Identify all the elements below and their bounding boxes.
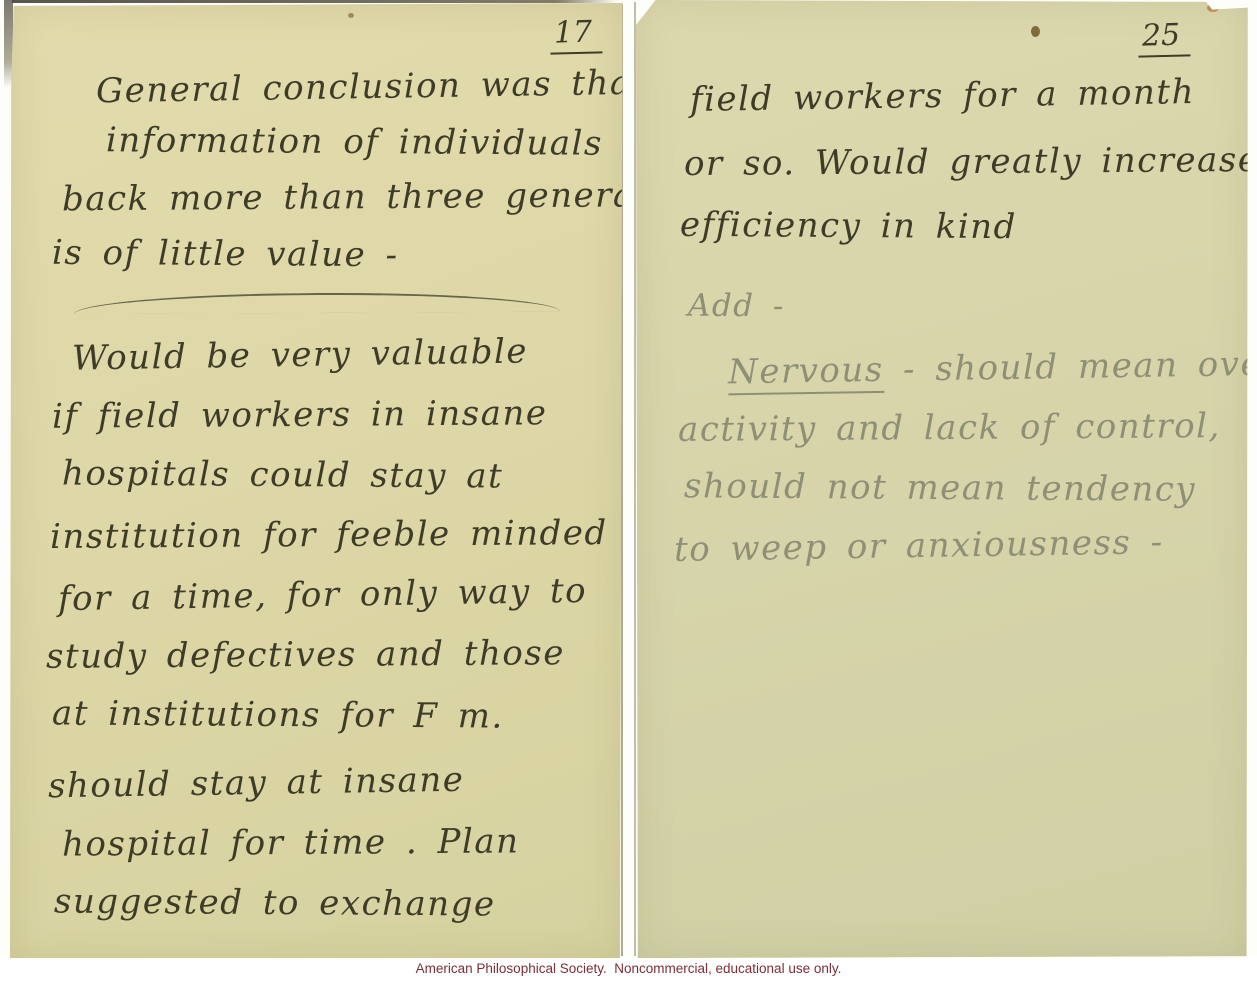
- handwritten-line: study defectives and those: [46, 633, 565, 677]
- right-page: 25 field workers for a month or so. Woul…: [636, 0, 1249, 960]
- handwritten-line: for a time, for only way to: [58, 571, 588, 619]
- paper-stain: [1207, 4, 1219, 12]
- underlined-word-nervous: Nervous: [728, 350, 884, 395]
- handwritten-line: suggested to exchange: [54, 881, 496, 924]
- handwritten-line: activity and lack of control,: [678, 406, 1221, 450]
- handwritten-line: should not mean tendency: [684, 466, 1196, 510]
- left-page: 17 General conclusion was that informati…: [10, 3, 623, 961]
- handwritten-line: at institutions for F m.: [52, 693, 504, 736]
- handwritten-line: is of little value -: [52, 233, 399, 275]
- handwritten-line: hospital for time . Plan: [62, 821, 520, 864]
- handwritten-line: institution for feeble minded: [50, 513, 608, 557]
- archive-caption: American Philosophical Society. Noncomme…: [0, 961, 1257, 976]
- handwritten-line: hospitals could stay at: [62, 453, 503, 496]
- paper-stain: [348, 13, 354, 18]
- paper-stain: [1031, 26, 1040, 37]
- handwritten-line: efficiency in kind: [680, 205, 1017, 247]
- handwritten-line: General conclusion was that: [96, 63, 623, 112]
- handwritten-line: or so. Would greatly increase: [684, 140, 1249, 184]
- nervous-line-rest: - should mean over: [883, 344, 1249, 390]
- handwritten-line: field workers for a month: [690, 72, 1196, 120]
- handwritten-line: should stay at insane: [48, 760, 465, 807]
- handwritten-line: information of individuals: [106, 120, 603, 163]
- scanned-document: 17 General conclusion was that informati…: [0, 0, 1257, 982]
- section-divider-line: [74, 292, 560, 315]
- scan-edge-line: [12, 0, 618, 3]
- handwritten-line: Would be very valuable: [72, 331, 529, 378]
- handwritten-line: to weep or anxiousness -: [674, 522, 1164, 570]
- page-edge-shadow: [634, 2, 636, 956]
- page-number: 17: [549, 14, 602, 54]
- page-number: 25: [1137, 17, 1190, 57]
- handwritten-line: if field workers in insane: [52, 393, 548, 436]
- handwritten-line: back more than three generations: [62, 175, 623, 220]
- add-heading: Add -: [688, 288, 785, 325]
- handwritten-line: Nervous - should mean over: [728, 344, 1249, 393]
